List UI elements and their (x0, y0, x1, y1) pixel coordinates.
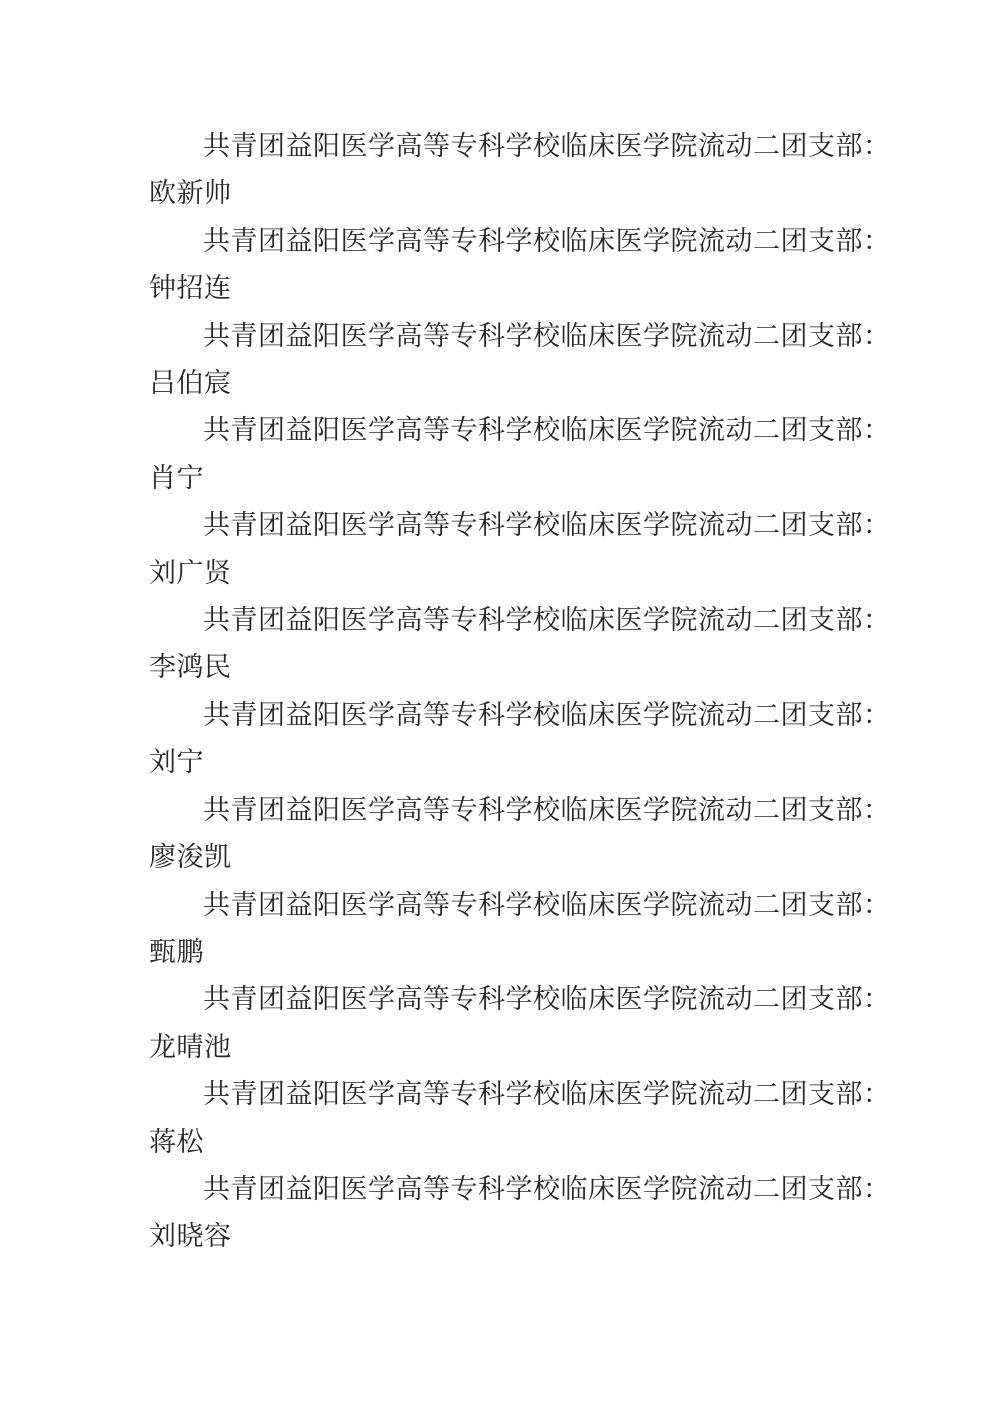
roster-entry: 共青团益阳医学高等专科学校临床医学院流动二团支部： 甄鹏 (149, 882, 880, 977)
roster-entry: 共青团益阳医学高等专科学校临床医学院流动二团支部： 龙晴池 (149, 976, 880, 1071)
roster-entry: 共青团益阳医学高等专科学校临床医学院流动二团支部： 刘广贤 (149, 502, 880, 597)
member-name: 刘晓容 (149, 1213, 880, 1260)
roster-entry: 共青团益阳医学高等专科学校临床医学院流动二团支部： 钟招连 (149, 218, 880, 313)
branch-line: 共青团益阳医学高等专科学校临床医学院流动二团支部： (149, 1071, 880, 1118)
member-name: 钟招连 (149, 265, 880, 312)
member-name: 龙晴池 (149, 1024, 880, 1071)
roster-entry: 共青团益阳医学高等专科学校临床医学院流动二团支部： 吕伯宸 (149, 313, 880, 408)
member-name: 肖宁 (149, 455, 880, 502)
member-name: 欧新帅 (149, 170, 880, 217)
member-name: 蒋松 (149, 1119, 880, 1166)
branch-line: 共青团益阳医学高等专科学校临床医学院流动二团支部： (149, 787, 880, 834)
member-name: 甄鹏 (149, 929, 880, 976)
roster-entry: 共青团益阳医学高等专科学校临床医学院流动二团支部： 欧新帅 (149, 123, 880, 218)
branch-line: 共青团益阳医学高等专科学校临床医学院流动二团支部： (149, 1166, 880, 1213)
branch-line: 共青团益阳医学高等专科学校临床医学院流动二团支部： (149, 597, 880, 644)
branch-line: 共青团益阳医学高等专科学校临床医学院流动二团支部： (149, 882, 880, 929)
member-name: 吕伯宸 (149, 360, 880, 407)
member-name: 刘广贤 (149, 550, 880, 597)
branch-line: 共青团益阳医学高等专科学校临床医学院流动二团支部： (149, 692, 880, 739)
roster-entry: 共青团益阳医学高等专科学校临床医学院流动二团支部： 廖浚凯 (149, 787, 880, 882)
member-name: 廖浚凯 (149, 834, 880, 881)
branch-line: 共青团益阳医学高等专科学校临床医学院流动二团支部： (149, 407, 880, 454)
member-name: 李鸿民 (149, 644, 880, 691)
member-name: 刘宁 (149, 739, 880, 786)
branch-line: 共青团益阳医学高等专科学校临床医学院流动二团支部： (149, 123, 880, 170)
document-body: 共青团益阳医学高等专科学校临床医学院流动二团支部： 欧新帅 共青团益阳医学高等专… (149, 123, 880, 1261)
roster-entry: 共青团益阳医学高等专科学校临床医学院流动二团支部： 刘晓容 (149, 1166, 880, 1261)
branch-line: 共青团益阳医学高等专科学校临床医学院流动二团支部： (149, 218, 880, 265)
branch-line: 共青团益阳医学高等专科学校临床医学院流动二团支部： (149, 313, 880, 360)
roster-entry: 共青团益阳医学高等专科学校临床医学院流动二团支部： 肖宁 (149, 407, 880, 502)
roster-entry: 共青团益阳医学高等专科学校临床医学院流动二团支部： 李鸿民 (149, 597, 880, 692)
branch-line: 共青团益阳医学高等专科学校临床医学院流动二团支部： (149, 976, 880, 1023)
roster-entry: 共青团益阳医学高等专科学校临床医学院流动二团支部： 刘宁 (149, 692, 880, 787)
document-page: 共青团益阳医学高等专科学校临床医学院流动二团支部： 欧新帅 共青团益阳医学高等专… (0, 0, 1000, 1415)
branch-line: 共青团益阳医学高等专科学校临床医学院流动二团支部： (149, 502, 880, 549)
roster-entry: 共青团益阳医学高等专科学校临床医学院流动二团支部： 蒋松 (149, 1071, 880, 1166)
